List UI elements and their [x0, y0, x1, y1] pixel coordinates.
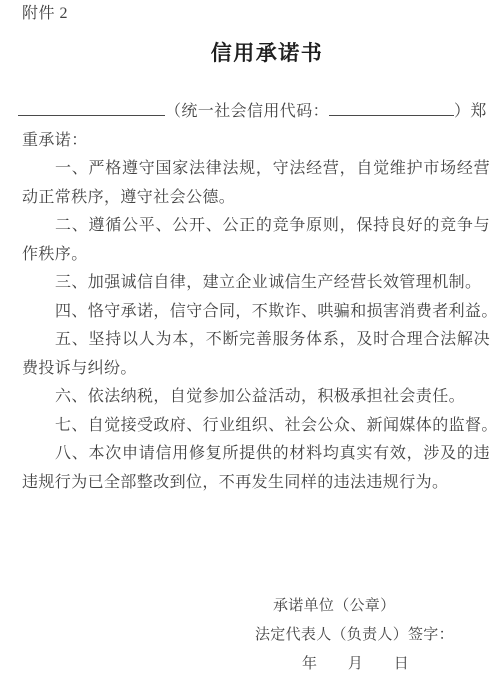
body-line: 四、恪守承诺，信守合同，不欺诈、哄骗和损害消费者利益。 [22, 298, 490, 327]
attachment-label: 附件 2 [22, 4, 490, 24]
credit-code-label: （统一社会信用代码： [165, 103, 329, 120]
signature-representative-line: 法定代表人（负责人）签字： [255, 621, 490, 650]
commitment-clauses: 重承诺：一、严格遵守国家法律法规，守法经营，自觉维护市场经营活动正常秩序，遵守社… [22, 127, 490, 498]
intro-suffix: ）郑 [454, 103, 487, 120]
body-line: 违规行为已全部整改到位，不再发生同样的违法违规行为。 [22, 469, 490, 498]
commitment-body: （统一社会信用代码：）郑 重承诺：一、严格遵守国家法律法规，守法经营，自觉维护市… [22, 98, 490, 497]
body-line: 动正常秩序，遵守社会公德。 [22, 184, 490, 213]
document-page: 附件 2 信用承诺书 （统一社会信用代码：）郑 重承诺：一、严格遵守国家法律法规… [0, 0, 504, 691]
body-line: 费投诉与纠纷。 [22, 355, 490, 384]
body-line: 重承诺： [22, 127, 490, 156]
company-name-blank-field [18, 98, 165, 116]
body-line: 五、坚持以人为本，不断完善服务体系，及时合理合法解决消 [22, 326, 490, 355]
body-line: 一、严格遵守国家法律法规，守法经营，自觉维护市场经营活 [22, 155, 490, 184]
body-line: 八、本次申请信用修复所提供的材料均真实有效，涉及的违法 [22, 440, 490, 469]
signature-unit-line: 承诺单位（公章） [255, 592, 490, 621]
signature-date-line: 年 月 日 [255, 650, 490, 679]
body-line: 作秩序。 [22, 241, 490, 270]
intro-line: （统一社会信用代码：）郑 [18, 98, 490, 127]
body-line: 七、自觉接受政府、行业组织、社会公众、新闻媒体的监督。 [22, 412, 490, 441]
credit-code-blank-field [329, 98, 454, 116]
body-line: 三、加强诚信自律，建立企业诚信生产经营长效管理机制。 [22, 269, 490, 298]
document-title: 信用承诺书 [22, 42, 490, 64]
body-line: 六、依法纳税，自觉参加公益活动，积极承担社会责任。 [22, 383, 490, 412]
signature-block: 承诺单位（公章） 法定代表人（负责人）签字： 年 月 日 [255, 592, 490, 679]
body-line: 二、遵循公平、公开、公正的竞争原则，保持良好的竞争与合 [22, 212, 490, 241]
